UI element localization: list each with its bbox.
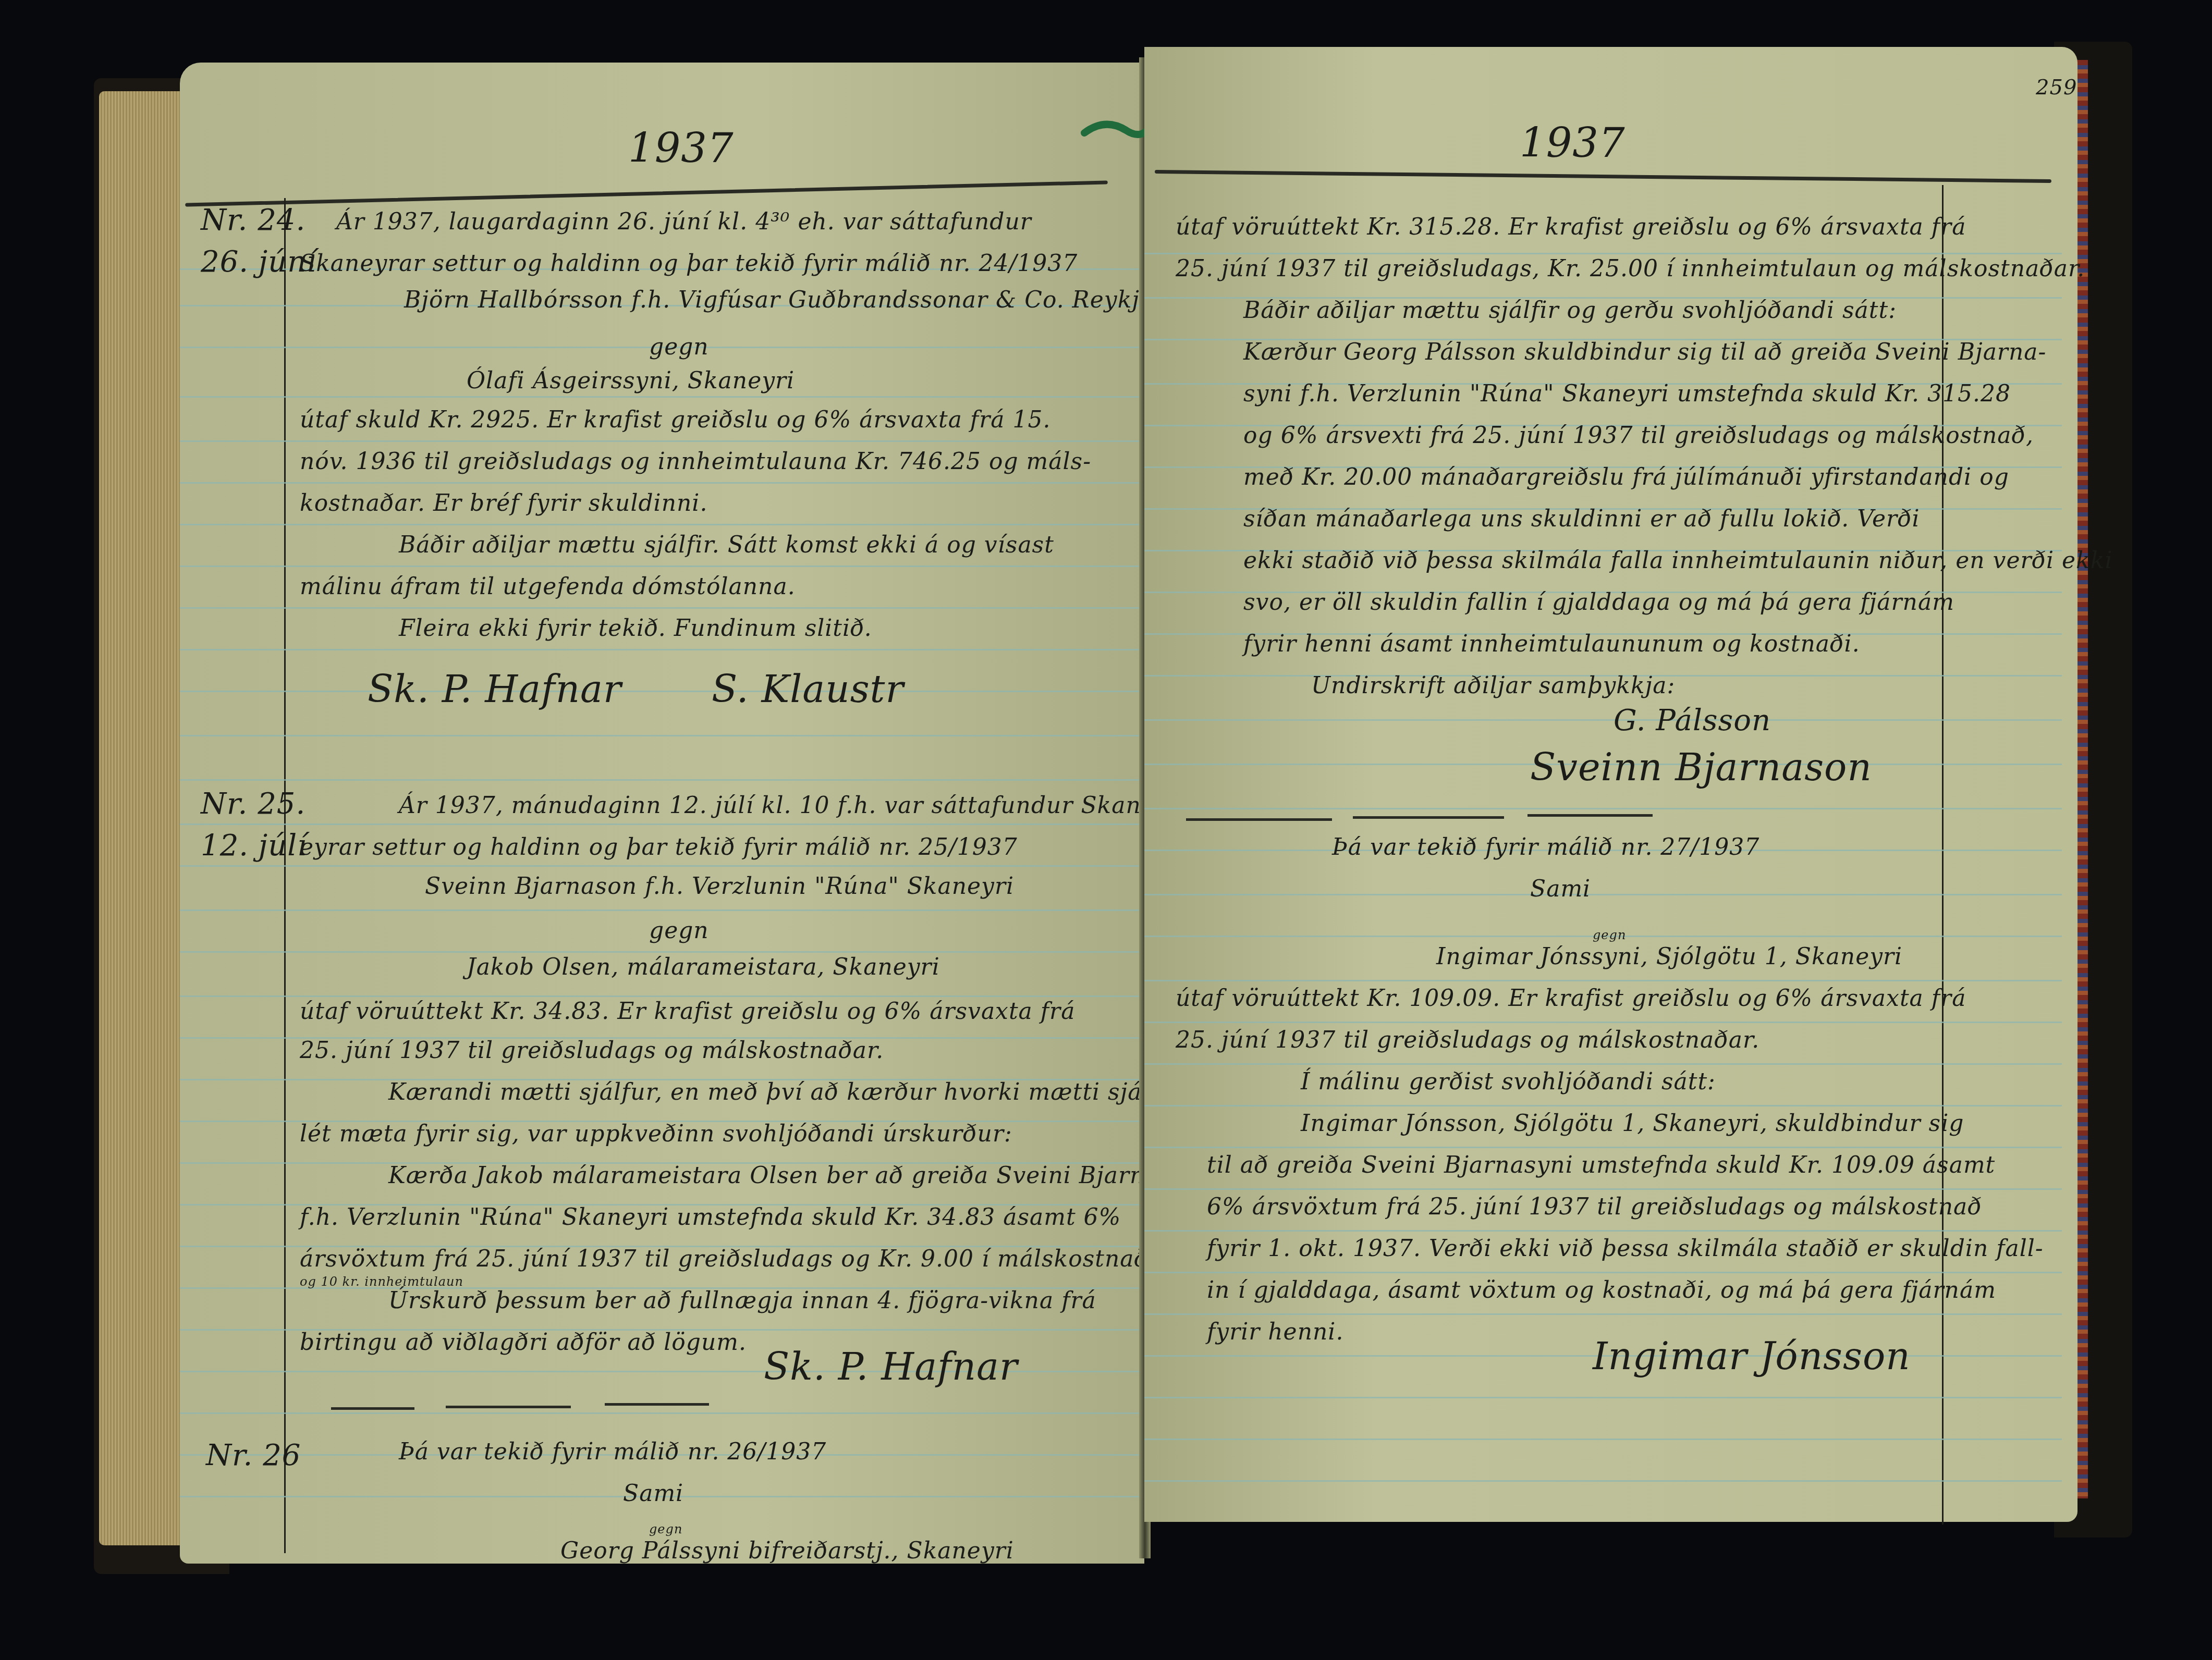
entry-27-line: 25. júní 1937 til greiðsludags og málsko…: [1176, 1027, 1759, 1053]
entry-25-date: 12. júlí: [201, 829, 307, 863]
entry-27-line: Ingimar Jónsson, Sjólgötu 1, Skaneyri, s…: [1301, 1110, 1964, 1137]
signature-defendant: G. Pálsson: [1614, 704, 1771, 737]
entry-24-line: Ólafi Ásgeirssyni, Skaneyri: [467, 367, 795, 394]
entry-27-line: gegn: [1593, 928, 1626, 942]
entry-24-line: málinu áfram til utgefenda dómstólanna.: [300, 573, 796, 600]
separator-dash: [446, 1406, 571, 1408]
entry-25-number: Nr. 25.: [201, 787, 305, 821]
entry-24-line: Skaneyrar settur og haldinn og þar tekið…: [300, 250, 1078, 277]
signature-chair: Sk. P. Hafnar: [368, 667, 621, 711]
entry-25-line: Sveinn Bjarnason f.h. Verzlunin "Rúna" S…: [425, 873, 1014, 900]
entry-24-number: Nr. 24.: [201, 203, 305, 237]
entry-26-number: Nr. 26: [206, 1438, 301, 1472]
left-margin-line: [284, 198, 286, 1553]
page-number: 259: [2036, 76, 2077, 100]
entry-27-line: Sami: [1530, 876, 1591, 902]
right-header-rule: [1155, 170, 2051, 183]
left-year-header: 1937: [628, 125, 734, 172]
separator-dash: [1527, 814, 1653, 817]
entry-25-line: eyrar settur og haldinn og þar tekið fyr…: [300, 834, 1018, 860]
entry-27-line: 6% ársvöxtum frá 25. júní 1937 til greið…: [1207, 1194, 1982, 1220]
entry-27-line: fyrir henni.: [1207, 1319, 1343, 1345]
entry-27-line: fyrir 1. okt. 1937. Verði ekki við þessa…: [1207, 1235, 2044, 1262]
entry-26-line: Þá var tekið fyrir málið nr. 26/1937: [399, 1438, 826, 1465]
continuation-line: syni f.h. Verzlunin "Rúna" Skaneyri umst…: [1243, 380, 2011, 407]
signature-second: S. Klaustr: [712, 667, 904, 711]
separator-dash: [1186, 818, 1332, 821]
continuation-line: síðan mánaðarlega uns skuldinni er að fu…: [1243, 506, 1920, 532]
continuation-line: Kærður Georg Pálsson skuldbindur sig til…: [1243, 339, 2046, 365]
entry-25-line: ársvöxtum frá 25. júní 1937 til greiðslu…: [300, 1246, 1148, 1272]
entry-27-line: in í gjalddaga, ásamt vöxtum og kostnaði…: [1207, 1277, 1996, 1304]
entry-25-line: lét mæta fyrir sig, var uppkveðinn svohl…: [300, 1121, 1012, 1147]
separator-dash: [605, 1403, 709, 1406]
entry-25-line: birtingu að viðlagðri aðför að lögum.: [300, 1329, 747, 1356]
entry-25-line: Ár 1937, mánudaginn 12. júlí kl. 10 f.h.…: [399, 792, 1150, 819]
entry-27-line: útaf vöruúttekt Kr. 109.09. Er krafist g…: [1176, 985, 1966, 1012]
entry-25-line: 25. júní 1937 til greiðsludags og málsko…: [300, 1037, 884, 1064]
entry-27-line: Ingimar Jónssyni, Sjólgötu 1, Skaneyri: [1436, 943, 1902, 970]
signature-plaintiff: Sveinn Bjarnason: [1530, 745, 1872, 789]
entry-24-line: Fleira ekki fyrir tekið. Fundinum slitið…: [399, 615, 872, 642]
signature-chair: Sk. P. Hafnar: [764, 1345, 1018, 1388]
entry-26-line: Sami: [623, 1480, 683, 1507]
continuation-line: 25. júní 1937 til greiðsludags, Kr. 25.0…: [1176, 255, 2085, 282]
signature-defendant: Ingimar Jónsson: [1593, 1334, 1911, 1378]
separator-dash: [331, 1407, 414, 1410]
left-page: 1937 Nr. 24. 26. júní Ár 1937, laugardag…: [180, 63, 1144, 1564]
entry-24-line: kostnaðar. Er bréf fyrir skuldinni.: [300, 490, 707, 517]
entry-24-line: nóv. 1936 til greiðsludags og innheimtul…: [300, 448, 1091, 475]
left-header-rule: [185, 180, 1108, 206]
entry-24-line: Ár 1937, laugardaginn 26. júní kl. 4³⁰ e…: [336, 208, 1032, 235]
right-page: 259 1937 útaf vöruúttekt Kr. 315.28. Er …: [1144, 47, 2077, 1522]
entry-25-line: Úrskurð þessum ber að fullnægja innan 4.…: [388, 1287, 1096, 1314]
entry-26-line: Georg Pálssyni bifreiðarstj., Skaneyri: [560, 1538, 1014, 1564]
continuation-line: með Kr. 20.00 mánaðargreiðslu frá júlímá…: [1243, 464, 2009, 490]
continuation-line: útaf vöruúttekt Kr. 315.28. Er krafist g…: [1176, 214, 1966, 240]
entry-24-line: Björn Hallbórsson f.h. Vigfúsar Guðbrand…: [404, 287, 1190, 313]
page-edges-left: [99, 91, 182, 1545]
entry-25-line: Kærandi mætti sjálfur, en með því að kær…: [388, 1079, 1223, 1105]
entry-27-line: Þá var tekið fyrir málið nr. 27/1937: [1332, 834, 1759, 860]
entry-25-line: f.h. Verzlunin "Rúna" Skaneyri umstefnda…: [300, 1204, 1121, 1231]
continuation-line: fyrir henni ásamt innheimtulaununum og k…: [1243, 631, 1860, 657]
entry-24-line: gegn: [649, 334, 709, 360]
entry-25-line: Jakob Olsen, málarameistara, Skaneyri: [467, 954, 940, 980]
entry-24-line: útaf skuld Kr. 2925. Er krafist greiðslu…: [300, 407, 1050, 433]
entry-27-line: Í málinu gerðist svohljóðandi sátt:: [1301, 1068, 1716, 1095]
entry-25-insertion-note: og 10 kr. innheimtulaun: [300, 1274, 463, 1289]
separator-dash: [1353, 816, 1504, 819]
entry-25-line: Kærða Jakob málarameistara Olsen ber að …: [388, 1162, 1208, 1189]
entry-26-line: gegn: [649, 1522, 682, 1536]
continuation-line: og 6% ársvexti frá 25. júní 1937 til gre…: [1243, 422, 2034, 449]
entry-25-line: útaf vöruúttekt Kr. 34.83. Er krafist gr…: [300, 998, 1075, 1025]
entry-27-line: til að greiða Sveini Bjarnasyni umstefnd…: [1207, 1152, 1995, 1178]
right-year-header: 1937: [1520, 120, 1626, 167]
continuation-line: Báðir aðiljar mættu sjálfir og gerðu svo…: [1243, 297, 1897, 324]
entry-24-date: 26. júní: [201, 245, 316, 279]
entry-25-line: gegn: [649, 917, 709, 944]
continuation-line: Undirskrift aðiljar samþykkja:: [1311, 672, 1675, 699]
continuation-line: svo, er öll skuldin fallin í gjalddaga o…: [1243, 589, 1954, 616]
continuation-line: ekki staðið við þessa skilmála falla inn…: [1243, 547, 2112, 574]
entry-24-line: Báðir aðiljar mættu sjálfir. Sátt komst …: [399, 532, 1054, 558]
